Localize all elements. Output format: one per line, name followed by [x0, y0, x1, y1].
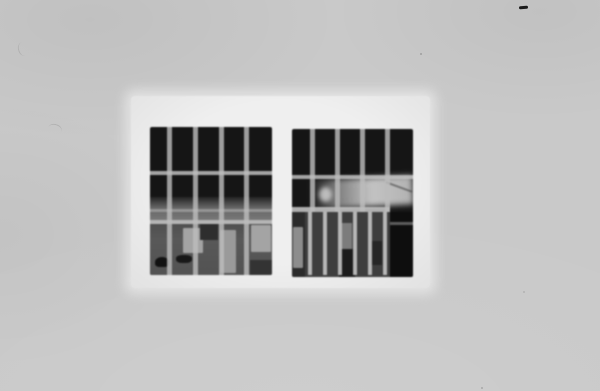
dark-blob — [176, 255, 192, 263]
window-bar-vertical — [360, 129, 365, 212]
window-bar-vertical — [385, 129, 390, 212]
barred-window-right — [292, 129, 413, 277]
window-bar-vertical — [167, 127, 172, 275]
dust-speck — [420, 53, 422, 55]
window-bar-vertical — [193, 127, 198, 275]
light-patch — [251, 225, 271, 252]
gate-bar-vertical — [308, 212, 312, 275]
window-bar-vertical — [310, 129, 315, 212]
dark-patch — [371, 241, 382, 265]
window-bar-vertical — [244, 127, 249, 275]
window-bar-vertical — [335, 129, 340, 212]
dust-speck — [523, 291, 525, 293]
dust-speck — [481, 387, 483, 389]
gate-bar-vertical — [383, 212, 387, 275]
barred-window-left — [150, 127, 272, 275]
window-muntin-faint — [390, 222, 413, 225]
gate-bar-vertical — [338, 212, 342, 275]
gate-bar-vertical — [353, 212, 357, 275]
photograph — [0, 0, 600, 391]
wall-scratch — [47, 122, 64, 137]
window-bar-vertical — [219, 127, 224, 275]
film-dash-mark — [519, 6, 528, 10]
dark-patch — [250, 260, 272, 275]
dark-patch — [200, 224, 218, 240]
light-patch — [341, 223, 352, 250]
gate-bar-vertical — [323, 212, 327, 275]
gate-bar-vertical — [368, 212, 372, 275]
light-wisp — [319, 187, 332, 202]
light-patch — [293, 227, 303, 268]
wall-scratch — [16, 41, 30, 57]
